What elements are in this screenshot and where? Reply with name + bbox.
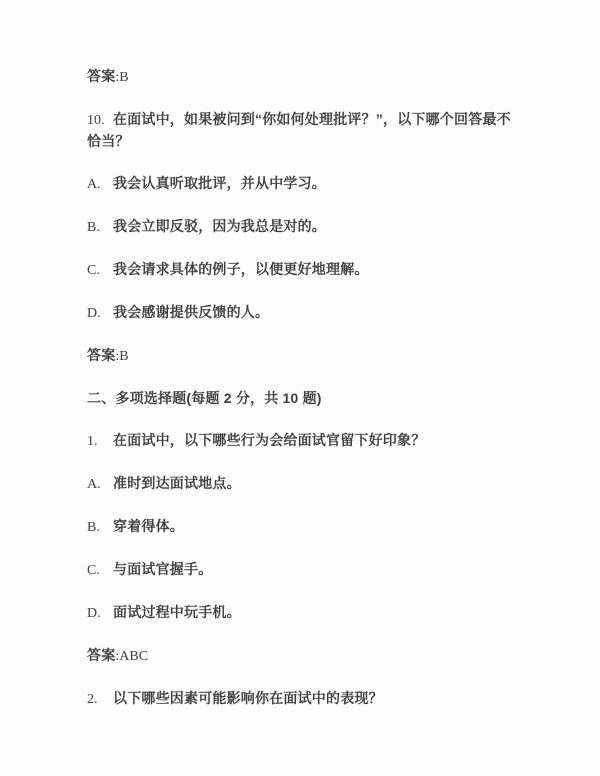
option-letter: C. <box>87 560 113 581</box>
answer-label: 答案 <box>87 68 115 84</box>
answer-value: ABC <box>119 649 148 664</box>
option-letter: D. <box>87 603 113 624</box>
answer-line: 答案:B <box>87 66 516 88</box>
option-line: A.我会认真听取批评，并从中学习。 <box>87 173 516 195</box>
option-text: 我会认真听取批评，并从中学习。 <box>113 175 326 191</box>
question-number: 2. <box>87 689 113 710</box>
option-line: D.面试过程中玩手机。 <box>87 602 516 624</box>
option-text: 穿着得体。 <box>113 518 184 534</box>
answer-value: B <box>119 70 128 85</box>
question-line: 1.在面试中，以下哪些行为会给面试官留下好印象？ <box>87 430 516 452</box>
option-text: 与面试官握手。 <box>113 561 212 577</box>
question-number: 1. <box>87 431 113 452</box>
option-letter: B. <box>87 217 113 238</box>
question-line: 2.以下哪些因素可能影响你在面试中的表现？ <box>87 688 516 710</box>
option-line: A.准时到达面试地点。 <box>87 473 516 495</box>
answer-line: 答案:B <box>87 345 516 367</box>
answer-label: 答案 <box>87 647 115 663</box>
option-text: 面试过程中玩手机。 <box>113 604 241 620</box>
option-line: D.我会感谢提供反馈的人。 <box>87 302 516 324</box>
section-heading: 二、多项选择题(每题 2 分，共 10 题) <box>87 388 516 409</box>
option-letter: A. <box>87 474 113 495</box>
option-letter: A. <box>87 174 113 195</box>
question-text: 在面试中，以下哪些行为会给面试官留下好印象？ <box>113 432 425 448</box>
option-line: C.与面试官握手。 <box>87 559 516 581</box>
question-text: 以下哪些因素可能影响你在面试中的表现？ <box>113 690 383 706</box>
question-text: 在面试中，如果被问到“你如何处理批评？”，以下哪个回答最不恰当？ <box>87 111 511 149</box>
option-letter: C. <box>87 260 113 281</box>
answer-line: 答案:ABC <box>87 645 516 667</box>
option-text: 准时到达面试地点。 <box>113 475 241 491</box>
answer-value: B <box>119 349 128 364</box>
answer-label: 答案 <box>87 347 115 363</box>
option-letter: B. <box>87 517 113 538</box>
section-title: 二、多项选择题(每题 2 分，共 10 题) <box>87 390 322 406</box>
option-text: 我会立即反驳，因为我总是对的。 <box>113 218 326 234</box>
question-line: 10.在面试中，如果被问到“你如何处理批评？”，以下哪个回答最不恰当？ <box>87 109 516 152</box>
option-text: 我会感谢提供反馈的人。 <box>113 304 269 320</box>
document-page: 答案:B 10.在面试中，如果被问到“你如何处理批评？”，以下哪个回答最不恰当？… <box>0 0 600 776</box>
option-letter: D. <box>87 303 113 324</box>
option-line: B.穿着得体。 <box>87 516 516 538</box>
option-text: 我会请求具体的例子，以便更好地理解。 <box>113 261 369 277</box>
question-number: 10. <box>87 110 113 131</box>
option-line: B.我会立即反驳，因为我总是对的。 <box>87 216 516 238</box>
option-line: C.我会请求具体的例子，以便更好地理解。 <box>87 259 516 281</box>
